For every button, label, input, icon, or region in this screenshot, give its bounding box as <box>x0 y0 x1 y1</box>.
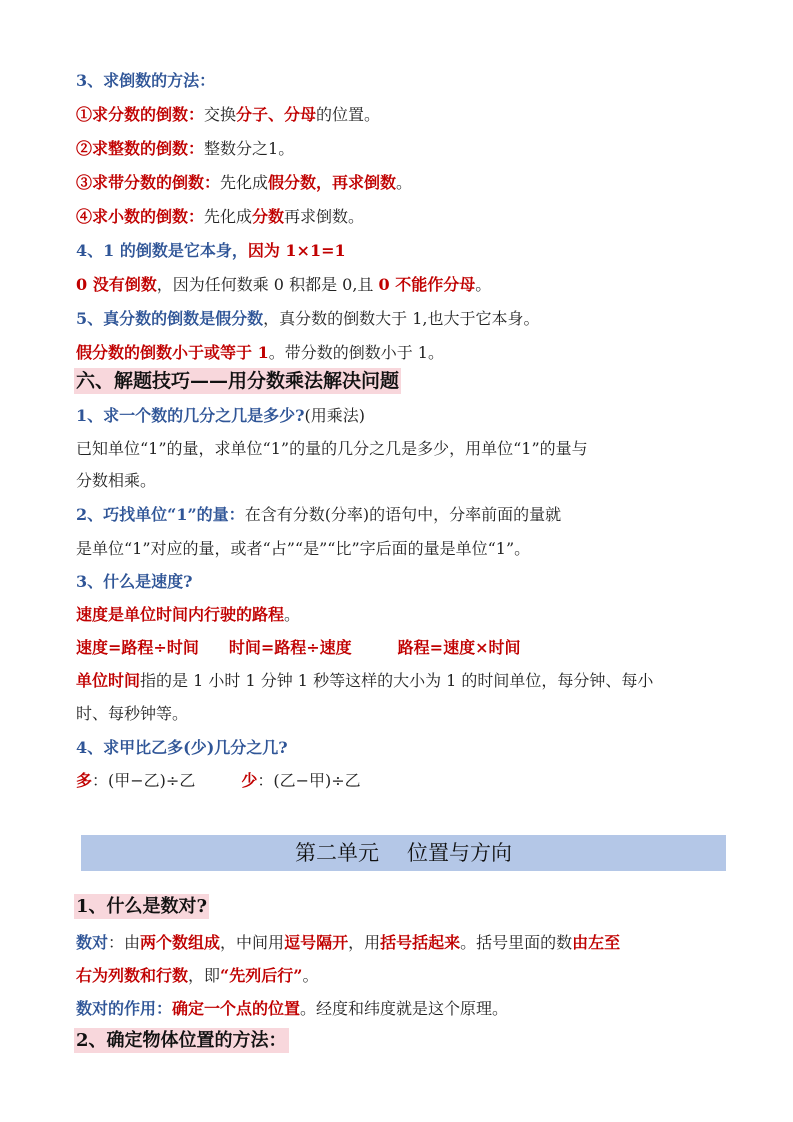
text: ，真分数的倒数大于 1,也大于它本身。 <box>263 309 539 328</box>
text: 。 <box>302 966 318 985</box>
emphasis: 假分数，再求倒数 <box>268 173 396 192</box>
text: 。 <box>396 173 412 192</box>
speed-definition: 速度是单位时间内行驶的路程。 <box>76 604 300 626</box>
formula-less: ：(乙−甲)÷乙 <box>257 771 360 790</box>
text: 先化成 <box>204 207 252 226</box>
unit-number: 第二单元 <box>295 841 379 865</box>
text: 1、求一个数的几分之几是多少? <box>76 406 305 425</box>
label: ①求分数的倒数： <box>76 105 204 124</box>
formula-distance: 路程=速度×时间 <box>398 638 521 657</box>
emphasis: 速度是单位时间内行驶的路程 <box>76 605 284 624</box>
emphasis: 分子、分母 <box>236 105 316 124</box>
section-heading: 2、确定物体位置的方法： <box>74 1028 289 1053</box>
formula-time: 时间=路程÷速度 <box>229 638 352 657</box>
method-mixed-number: ③求带分数的倒数：先化成假分数，再求倒数。 <box>76 172 412 194</box>
pair-usage: 数对的作用：确定一个点的位置。经度和纬度就是这个原理。 <box>76 998 508 1020</box>
text: 。 <box>475 275 491 294</box>
pair-definition-1: 数对：由两个数组成，中间用逗号隔开，用括号括起来。括号里面的数由左至 <box>76 932 620 954</box>
section-heading: 六、解题技巧——用分数乘法解决问题 <box>74 368 401 394</box>
emphasis: 逗号隔开 <box>284 933 348 952</box>
emphasis: 括号括起来 <box>380 933 460 952</box>
zero-rule: 0 没有倒数，因为任何数乘 0 积都是 0,且 0 不能作分母。 <box>76 274 491 296</box>
more-less-formulas: 多：(甲−乙)÷乙少：(乙−甲)÷乙 <box>76 770 361 792</box>
emphasis: 确定一个点的位置 <box>172 999 300 1018</box>
text: ：由 <box>108 933 140 952</box>
text: 先化成 <box>220 173 268 192</box>
item-5-proper: 5、真分数的倒数是假分数，真分数的倒数大于 1,也大于它本身。 <box>76 308 540 330</box>
text: 的位置。 <box>316 105 380 124</box>
emphasis: 0 不能作分母 <box>379 275 476 294</box>
text: 。带分数的倒数小于 1。 <box>269 343 444 362</box>
emphasis: 因为 1×1=1 <box>248 241 346 260</box>
text: 是单位“1”对应的量，或者“占”“是”“比”字后面的量是单位“1”。 <box>76 539 530 558</box>
label: ④求小数的倒数： <box>76 207 204 226</box>
unit2-q2-heading: 2、确定物体位置的方法： <box>74 1030 289 1052</box>
label-more: 多 <box>76 771 92 790</box>
text: 5、真分数的倒数是假分数 <box>76 309 263 328</box>
text: (用乘法) <box>305 406 366 425</box>
text: 。经度和纬度就是这个原理。 <box>300 999 508 1018</box>
section-heading: 1、什么是数对? <box>74 894 209 919</box>
formula-speed: 速度=路程÷时间 <box>76 638 199 657</box>
item-4-one: 4、1 的倒数是它本身，因为 1×1=1 <box>76 240 346 262</box>
speed-formulas: 速度=路程÷时间时间=路程÷速度路程=速度×时间 <box>76 637 520 659</box>
text: 时、每秒钟等。 <box>76 704 188 723</box>
text: 4、求甲比乙多(少)几分之几? <box>76 738 288 757</box>
q1-text-2: 分数相乘。 <box>76 470 156 492</box>
emphasis: 单位时间 <box>76 671 140 690</box>
text: 。 <box>284 605 300 624</box>
text: ，用 <box>348 933 380 952</box>
q4-heading: 4、求甲比乙多(少)几分之几? <box>76 737 288 759</box>
text: 指的是 1 小时 1 分钟 1 秒等这样的大小为 1 的时间单位，每分钟、每小 <box>140 671 653 690</box>
method-fraction: ①求分数的倒数：交换分子、分母的位置。 <box>76 104 380 126</box>
q3-heading: 3、什么是速度? <box>76 571 193 593</box>
emphasis: 由左至 <box>572 933 620 952</box>
method-integer: ②求整数的倒数：整数分之1。 <box>76 138 294 160</box>
text: 分数相乘。 <box>76 471 156 490</box>
text: 交换 <box>204 105 236 124</box>
q2-heading: 2、巧找单位“1”的量：在含有分数(分率)的语句中，分率前面的量就 <box>76 504 561 526</box>
emphasis: 分数 <box>252 207 284 226</box>
text: ，中间用 <box>220 933 284 952</box>
label-less: 少 <box>241 771 257 790</box>
emphasis: 0 没有倒数 <box>76 275 157 294</box>
section-6-title: 六、解题技巧——用分数乘法解决问题 <box>74 370 401 393</box>
text: 。括号里面的数 <box>460 933 572 952</box>
unit-time-text-2: 时、每秒钟等。 <box>76 703 188 725</box>
text: ，因为任何数乘 0 积都是 0,且 <box>157 275 379 294</box>
text: ，即 <box>188 966 220 985</box>
heading-text: 3、求倒数的方法： <box>76 71 215 90</box>
text: 3、什么是速度? <box>76 572 193 591</box>
method-decimal: ④求小数的倒数：先化成分数再求倒数。 <box>76 206 364 228</box>
unit-title: 位置与方向 <box>407 841 512 865</box>
label: ②求整数的倒数： <box>76 139 204 158</box>
emphasis: 两个数组成 <box>140 933 220 952</box>
emphasis: “先列后行” <box>220 966 302 985</box>
term: 数对 <box>76 933 108 952</box>
unit-2-title-band: 第二单元位置与方向 <box>81 835 726 871</box>
unit2-q1-heading: 1、什么是数对? <box>74 896 209 918</box>
document-page: 3、求倒数的方法： ①求分数的倒数：交换分子、分母的位置。 ②求整数的倒数：整数… <box>0 0 793 1122</box>
text: 已知单位“1”的量，求单位“1”的量的几分之几是多少，用单位“1”的量与 <box>76 439 588 458</box>
emphasis: 假分数的倒数小于或等于 1 <box>76 343 269 362</box>
unit-time-text-1: 单位时间指的是 1 小时 1 分钟 1 秒等这样的大小为 1 的时间单位，每分钟… <box>76 670 653 692</box>
formula-more: ：(甲−乙)÷乙 <box>92 771 195 790</box>
label: ③求带分数的倒数： <box>76 173 220 192</box>
text: 再求倒数。 <box>284 207 364 226</box>
emphasis: 右为列数和行数 <box>76 966 188 985</box>
q2-text-2: 是单位“1”对应的量，或者“占”“是”“比”字后面的量是单位“1”。 <box>76 538 530 560</box>
reciprocal-method-heading: 3、求倒数的方法： <box>76 70 215 92</box>
text: 4、1 的倒数是它本身， <box>76 241 248 260</box>
text: 在含有分数(分率)的语句中，分率前面的量就 <box>245 505 562 524</box>
text: 2、巧找单位“1”的量： <box>76 505 245 524</box>
term: 数对的作用： <box>76 999 172 1018</box>
q1-heading: 1、求一个数的几分之几是多少?(用乘法) <box>76 405 365 427</box>
text: 整数分之1。 <box>204 139 294 158</box>
improper-rule: 假分数的倒数小于或等于 1。带分数的倒数小于 1。 <box>76 342 444 364</box>
pair-definition-2: 右为列数和行数，即“先列后行”。 <box>76 965 318 987</box>
q1-text-1: 已知单位“1”的量，求单位“1”的量的几分之几是多少，用单位“1”的量与 <box>76 438 588 460</box>
